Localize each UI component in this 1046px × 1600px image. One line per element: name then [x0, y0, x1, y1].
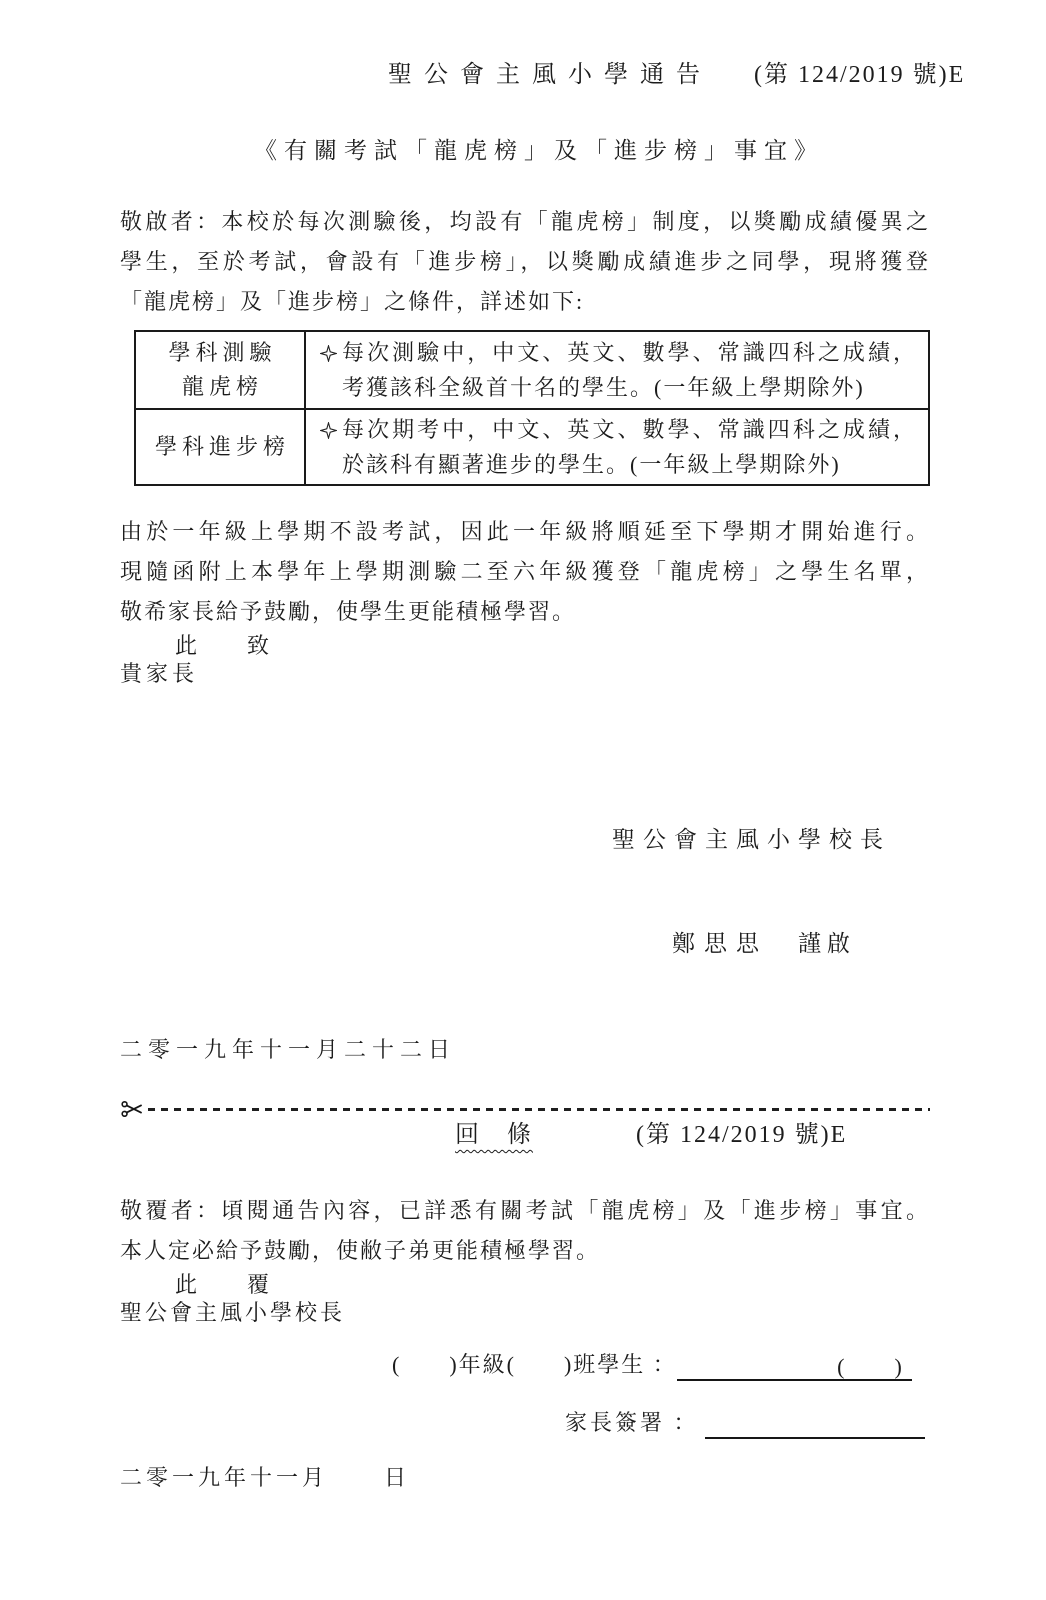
- paragraph-line: 現隨函附上本學年上學期測驗二至六年級獲登「龍虎榜」之學生名單，: [120, 552, 930, 592]
- page-title: 聖公會主風小學通告 (第 124/2019 號)E: [388, 58, 930, 92]
- salutation-paragraph: 敬啟者：本校於每次測驗後，均設有「龍虎榜」制度，以獎勵成績優異之 學生，至於考試…: [120, 202, 930, 322]
- category-label-line: 學科進步榜: [150, 430, 290, 464]
- subject-title: 《有關考試「龍虎榜」及「進步榜」事宜》: [120, 134, 930, 168]
- student-line-label: ( )年級( )班學生 ：: [392, 1349, 677, 1381]
- reply-slip-title: 回 條: [455, 1117, 533, 1153]
- valediction: 此 致: [175, 632, 930, 660]
- parent-signature-line: 家長簽署 ：: [565, 1407, 930, 1439]
- parent-signature-label: 家長簽署 ：: [565, 1407, 699, 1439]
- reply-notice-number: (第 124/2019 號)E: [636, 1117, 847, 1153]
- class-number-parens: ( ): [837, 1354, 904, 1379]
- reply-date-line: 二零一九年十一月 日: [120, 1463, 930, 1493]
- principal-title: 聖公會主風小學校長: [612, 823, 930, 857]
- respectful-closing: 謹啟: [798, 927, 856, 961]
- school-notice-title: 聖公會主風小學通告: [388, 58, 712, 92]
- notice-date: 二零一九年十一月二十二日: [120, 1033, 930, 1067]
- reply-slip-header: 回 條 (第 124/2019 號)E: [455, 1117, 930, 1153]
- reply-body: 敬覆者：頃閱通告內容，已詳悉有關考試「龍虎榜」及「進步榜」事宜。 本人定必給予鼓…: [120, 1191, 930, 1271]
- category-cell: 學科測驗 龍虎榜: [136, 332, 306, 408]
- category-label-line: 學科測驗: [163, 336, 276, 370]
- paragraph-line: 本人定必給予鼓勵，使敝子弟更能積極學習。: [120, 1231, 930, 1271]
- description-cell: 每次測驗中，中文、英文、數學、常識四科之成績， 考獲該科全級首十名的學生。(一年…: [306, 332, 928, 408]
- category-cell: 學科進步榜: [136, 410, 306, 484]
- description-line: 考獲該科全級首十名的學生。(一年級上學期除外): [320, 370, 916, 405]
- dashed-line: [148, 1108, 930, 1111]
- paragraph-line: 「龍虎榜」及「進步榜」之條件，詳述如下:: [120, 282, 930, 322]
- student-name-field: ( ): [677, 1351, 912, 1381]
- principal-name: 鄭思思: [672, 927, 768, 961]
- parent-signature-field: [705, 1409, 925, 1439]
- closing-paragraph: 由於一年級上學期不設考試，因此一年級將順延至下學期才開始進行。 現隨函附上本學年…: [120, 512, 930, 632]
- reply-date-prefix: 二零一九年十一月: [120, 1463, 328, 1493]
- description-cell: 每次期考中，中文、英文、數學、常識四科之成績， 於該科有顯著進步的學生。(一年級…: [306, 410, 928, 484]
- paragraph-line: 學生，至於考試，會設有「進步榜」，以獎勵成績進步之同學，現將獲登: [120, 242, 930, 282]
- paragraph-line: 敬希家長給予鼓勵，使學生更能積極學習。: [120, 592, 930, 632]
- paragraph-line: 敬覆者：頃閱通告內容，已詳悉有關考試「龍虎榜」及「進步榜」事宜。: [120, 1191, 930, 1231]
- criteria-table: 學科測驗 龍虎榜 每次測驗中，中文、英文、數學、常識四科之成績， 考獲該科全級首…: [134, 330, 930, 486]
- addressee: 貴家長: [120, 660, 930, 688]
- reply-valediction: 此 覆: [175, 1271, 930, 1299]
- paragraph-line: 由於一年級上學期不設考試，因此一年級將順延至下學期才開始進行。: [120, 512, 930, 552]
- reply-date-day: 日: [384, 1463, 410, 1493]
- scissors-icon: [120, 1097, 144, 1121]
- description-line: 於該科有顯著進步的學生。(一年級上學期除外): [320, 447, 916, 482]
- student-info-line: ( )年級( )班學生 ： ( ): [392, 1349, 930, 1381]
- table-row: 學科測驗 龍虎榜 每次測驗中，中文、英文、數學、常識四科之成績， 考獲該科全級首…: [136, 332, 928, 408]
- description-line: 每次測驗中，中文、英文、數學、常識四科之成績，: [340, 340, 916, 365]
- diamond-bullet-icon: [320, 345, 337, 362]
- description-line: 每次期考中，中文、英文、數學、常識四科之成績，: [340, 417, 916, 442]
- principal-signature: 鄭思思 謹啟: [672, 927, 930, 961]
- notice-number: (第 124/2019 號)E: [754, 58, 965, 92]
- diamond-bullet-icon: [320, 422, 337, 439]
- table-row: 學科進步榜 每次期考中，中文、英文、數學、常識四科之成績， 於該科有顯著進步的學…: [136, 408, 928, 484]
- category-label-line: 龍虎榜: [177, 370, 263, 404]
- reply-addressee: 聖公會主風小學校長: [120, 1299, 930, 1327]
- notice-document: 聖公會主風小學通告 (第 124/2019 號)E 《有關考試「龍虎榜」及「進步…: [0, 0, 1046, 1600]
- paragraph-line: 敬啟者：本校於每次測驗後，均設有「龍虎榜」制度，以獎勵成績優異之: [120, 202, 930, 242]
